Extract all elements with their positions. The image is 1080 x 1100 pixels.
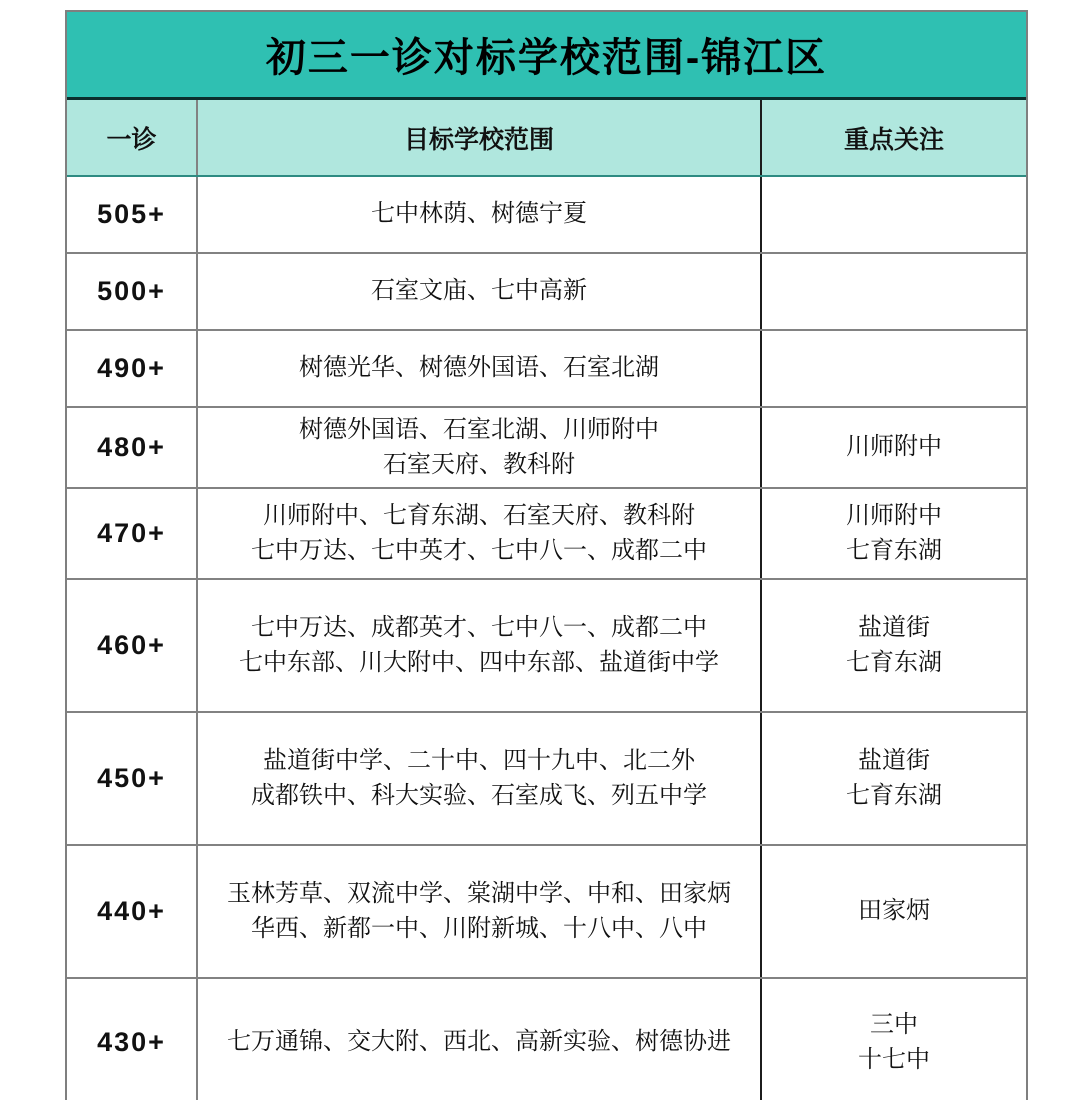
score-cell: 490+ [67, 331, 198, 406]
table-row: 480+树德外国语、石室北湖、川师附中石室天府、教科附川师附中 [67, 408, 1026, 489]
focus-school-line: 川师附中 [846, 430, 942, 464]
school-list-line: 川师附中、七育东湖、石室天府、教科附 [263, 499, 695, 533]
target-schools-cell: 盐道街中学、二十中、四十九中、北二外成都铁中、科大实验、石室成飞、列五中学 [198, 713, 762, 844]
key-focus-cell: 田家炳 [762, 846, 1026, 977]
target-schools-cell: 树德外国语、石室北湖、川师附中石室天府、教科附 [198, 408, 762, 487]
school-list-line: 华西、新都一中、川附新城、十八中、八中 [251, 912, 707, 946]
key-focus-cell [762, 331, 1026, 406]
score-cell: 450+ [67, 713, 198, 844]
score-cell: 470+ [67, 489, 198, 578]
school-list-line: 七中林荫、树德宁夏 [371, 197, 587, 231]
target-schools-cell: 石室文庙、七中高新 [198, 254, 762, 329]
school-list-line: 石室天府、教科附 [383, 448, 575, 482]
target-schools-cell: 七中万达、成都英才、七中八一、成都二中七中东部、川大附中、四中东部、盐道街中学 [198, 580, 762, 711]
target-schools-cell: 川师附中、七育东湖、石室天府、教科附七中万达、七中英才、七中八一、成都二中 [198, 489, 762, 578]
score-cell: 480+ [67, 408, 198, 487]
table-row: 470+川师附中、七育东湖、石室天府、教科附七中万达、七中英才、七中八一、成都二… [67, 489, 1026, 580]
score-benchmark-table: 初三一诊对标学校范围-锦江区 一诊 目标学校范围 重点关注 505+七中林荫、树… [65, 10, 1028, 1100]
focus-school-line: 田家炳 [858, 894, 930, 928]
school-list-line: 盐道街中学、二十中、四十九中、北二外 [263, 744, 695, 778]
score-cell: 430+ [67, 979, 198, 1100]
school-list-line: 七万通锦、交大附、西北、高新实验、树德协进 [227, 1025, 731, 1059]
target-schools-cell: 七万通锦、交大附、西北、高新实验、树德协进 [198, 979, 762, 1100]
score-cell: 440+ [67, 846, 198, 977]
key-focus-cell: 盐道街七育东湖 [762, 713, 1026, 844]
table-row: 460+七中万达、成都英才、七中八一、成都二中七中东部、川大附中、四中东部、盐道… [67, 580, 1026, 713]
key-focus-cell: 川师附中七育东湖 [762, 489, 1026, 578]
key-focus-cell: 盐道街七育东湖 [762, 580, 1026, 711]
focus-school-line: 盐道街 [858, 744, 930, 778]
focus-school-line: 七育东湖 [846, 534, 942, 568]
target-schools-cell: 七中林荫、树德宁夏 [198, 177, 762, 252]
target-schools-cell: 玉林芳草、双流中学、棠湖中学、中和、田家炳华西、新都一中、川附新城、十八中、八中 [198, 846, 762, 977]
school-list-line: 七中东部、川大附中、四中东部、盐道街中学 [239, 646, 719, 680]
key-focus-cell: 川师附中 [762, 408, 1026, 487]
score-cell: 460+ [67, 580, 198, 711]
school-list-line: 成都铁中、科大实验、石室成飞、列五中学 [251, 779, 707, 813]
table-row: 505+七中林荫、树德宁夏 [67, 177, 1026, 254]
header-target-schools-column: 目标学校范围 [198, 100, 762, 175]
key-focus-cell [762, 177, 1026, 252]
key-focus-cell [762, 254, 1026, 329]
table-header-row: 一诊 目标学校范围 重点关注 [67, 100, 1026, 177]
table-title: 初三一诊对标学校范围-锦江区 [67, 12, 1026, 100]
focus-school-line: 七育东湖 [846, 779, 942, 813]
focus-school-line: 三中 [870, 1008, 918, 1042]
focus-school-line: 盐道街 [858, 611, 930, 645]
table-row: 430+七万通锦、交大附、西北、高新实验、树德协进三中十七中 [67, 979, 1026, 1100]
header-score-column: 一诊 [67, 100, 198, 175]
key-focus-cell: 三中十七中 [762, 979, 1026, 1100]
focus-school-line: 七育东湖 [846, 646, 942, 680]
table-body: 505+七中林荫、树德宁夏500+石室文庙、七中高新490+树德光华、树德外国语… [67, 177, 1026, 1100]
school-list-line: 七中万达、成都英才、七中八一、成都二中 [251, 611, 707, 645]
school-list-line: 树德光华、树德外国语、石室北湖 [299, 351, 659, 385]
school-list-line: 玉林芳草、双流中学、棠湖中学、中和、田家炳 [227, 877, 731, 911]
school-list-line: 石室文庙、七中高新 [371, 274, 587, 308]
focus-school-line: 十七中 [858, 1043, 930, 1077]
focus-school-line: 川师附中 [846, 499, 942, 533]
page: 初三一诊对标学校范围-锦江区 一诊 目标学校范围 重点关注 505+七中林荫、树… [0, 0, 1080, 1100]
school-list-line: 树德外国语、石室北湖、川师附中 [299, 413, 659, 447]
table-row: 490+树德光华、树德外国语、石室北湖 [67, 331, 1026, 408]
table-row: 500+石室文庙、七中高新 [67, 254, 1026, 331]
school-list-line: 七中万达、七中英才、七中八一、成都二中 [251, 534, 707, 568]
score-cell: 505+ [67, 177, 198, 252]
header-key-focus-column: 重点关注 [762, 100, 1026, 175]
target-schools-cell: 树德光华、树德外国语、石室北湖 [198, 331, 762, 406]
table-row: 440+玉林芳草、双流中学、棠湖中学、中和、田家炳华西、新都一中、川附新城、十八… [67, 846, 1026, 979]
table-row: 450+盐道街中学、二十中、四十九中、北二外成都铁中、科大实验、石室成飞、列五中… [67, 713, 1026, 846]
score-cell: 500+ [67, 254, 198, 329]
